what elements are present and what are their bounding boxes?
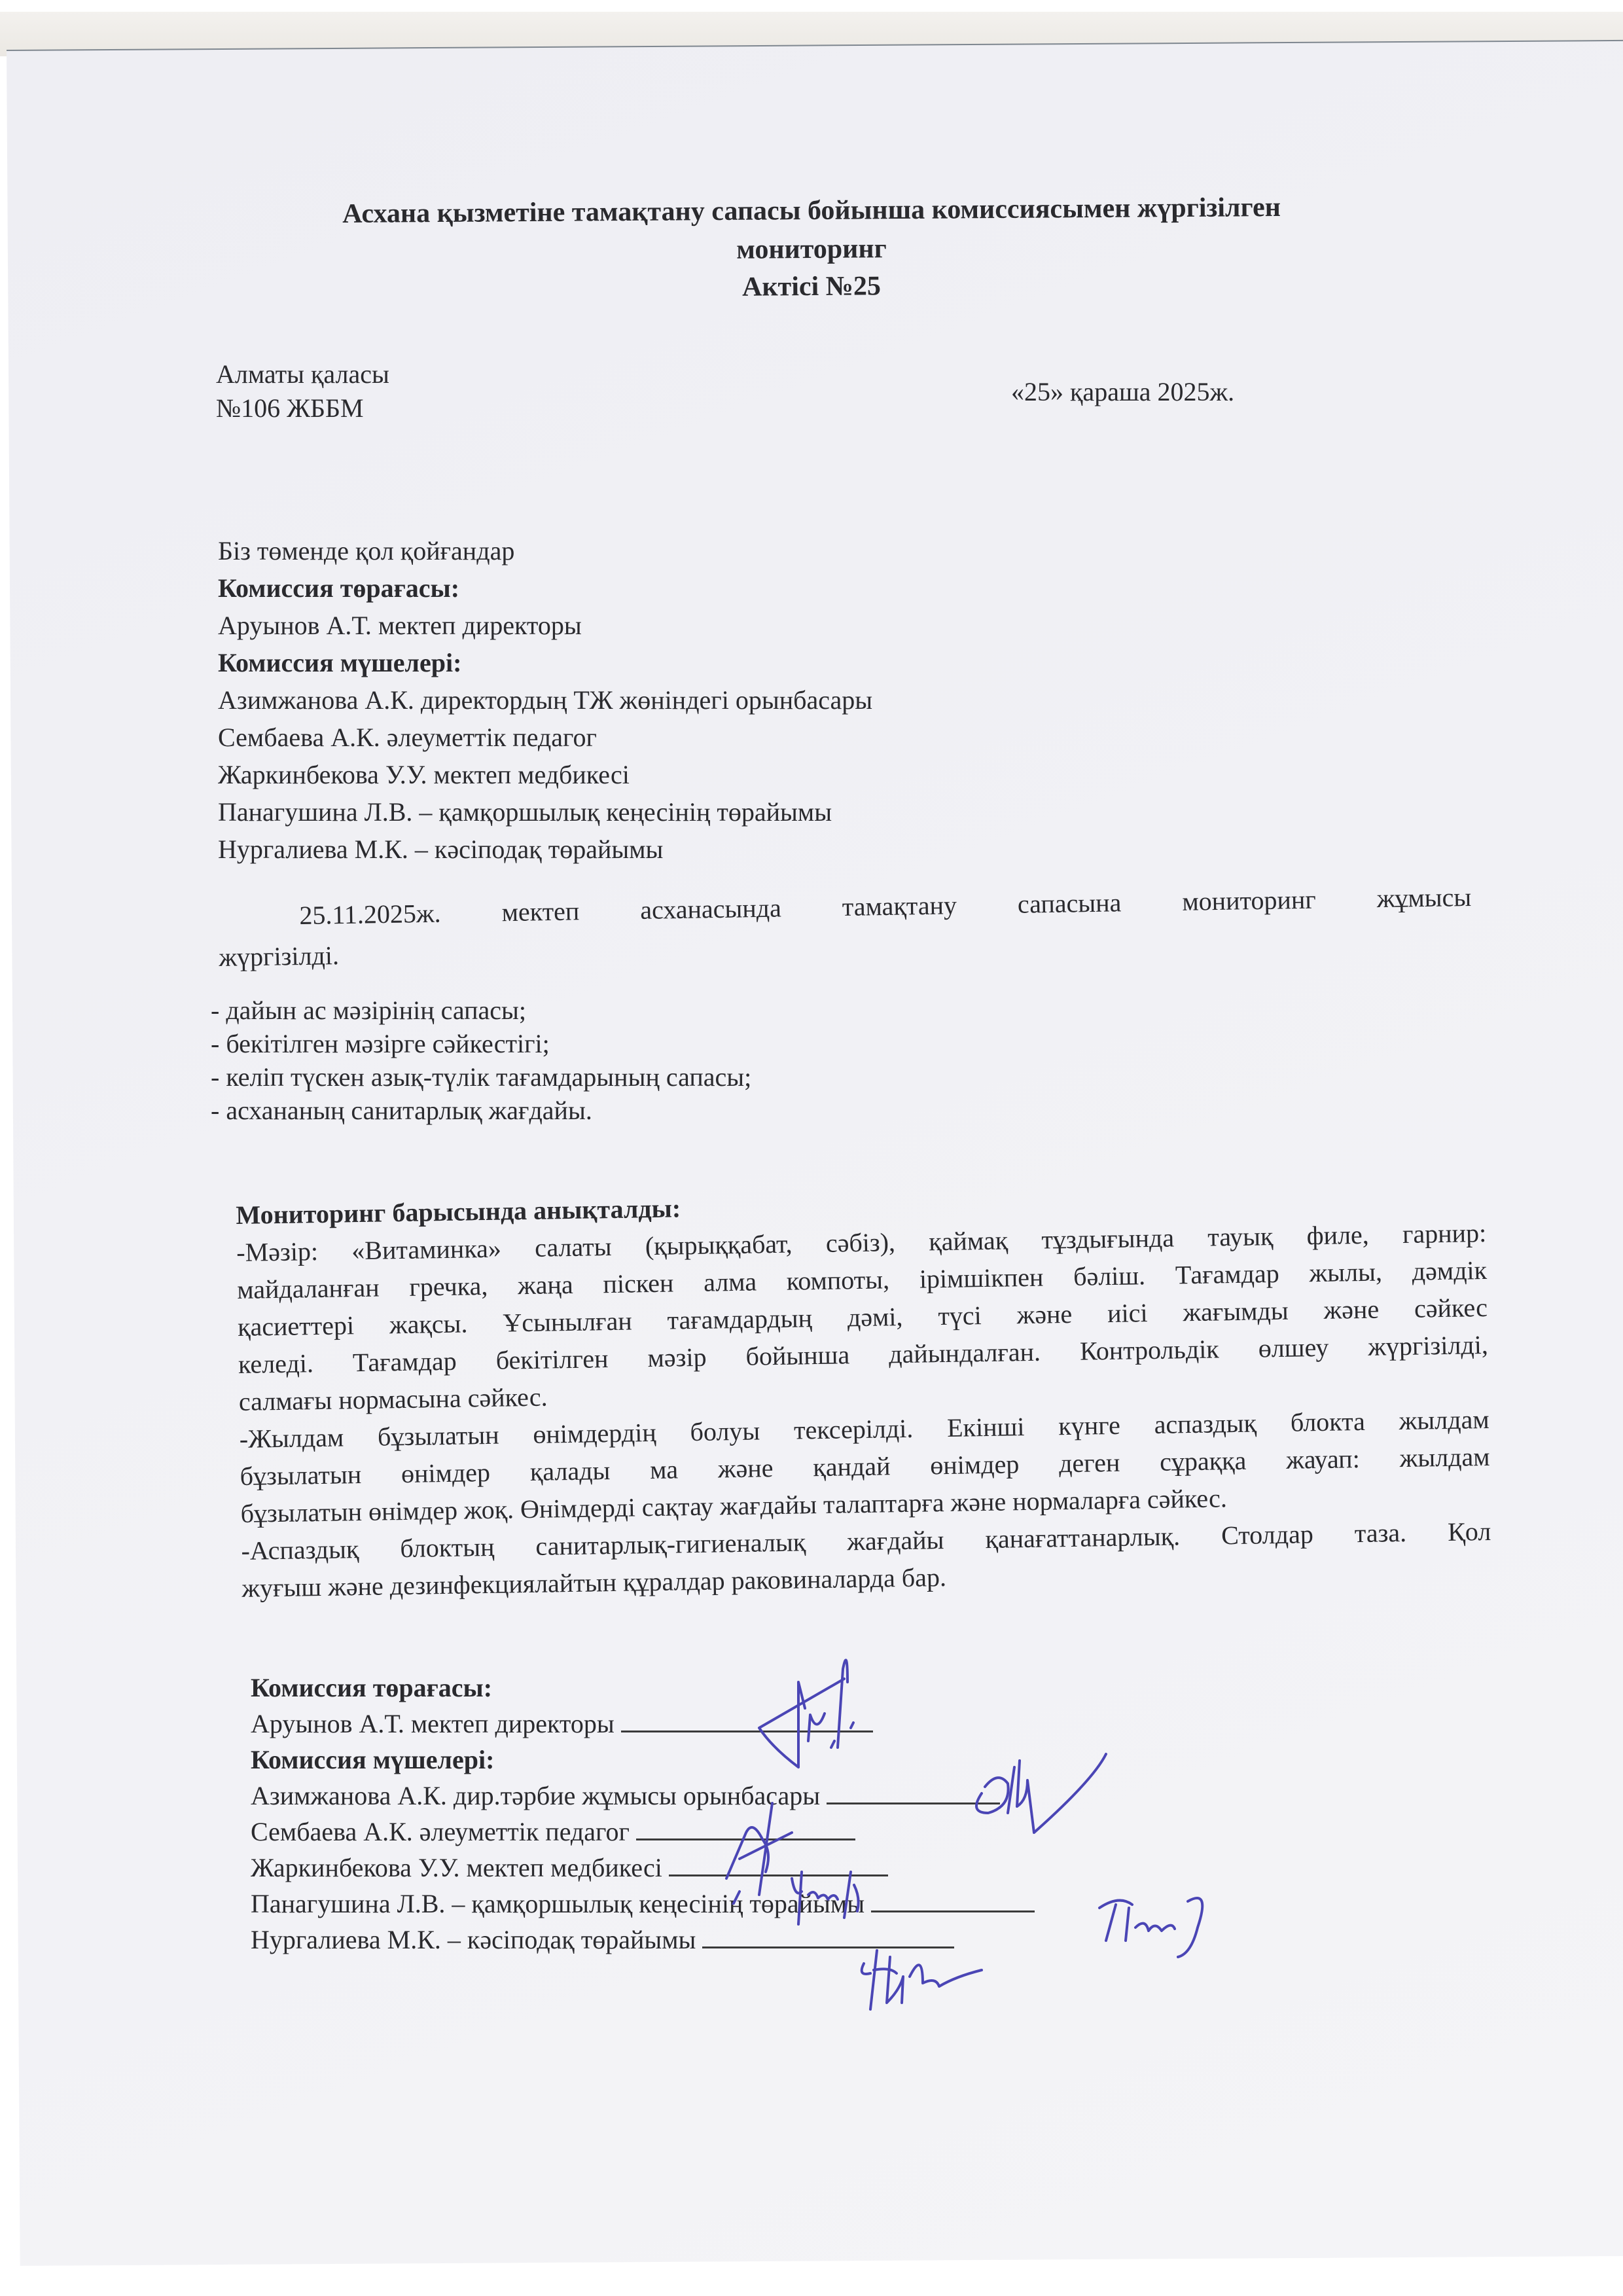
signature-block: Комиссия төрағасы: Аруынов А.Т. мектеп д… <box>251 1672 1035 1960</box>
signature-line <box>827 1802 1000 1804</box>
sig-member-row: Нургалиева М.К. – кәсіподақ төрайымы <box>251 1924 1035 1960</box>
checklist-item: - дайын ас мәзірінің сапасы; <box>211 995 751 1028</box>
commission-list: Біз төменде қол қойғандар Комиссия төрағ… <box>218 535 872 871</box>
sig-member-row: Жаркинбекова У.У. мектеп медбикесі <box>251 1852 1035 1888</box>
chair-heading: Комиссия төрағасы: <box>218 573 872 610</box>
members-heading: Комиссия мүшелері: <box>218 647 872 685</box>
chair-name: Аруынов А.Т. мектеп директоры <box>218 610 872 647</box>
checklist-item: - келіп түскен азық-түлік тағамдарының с… <box>211 1062 751 1095</box>
signature-line <box>621 1730 873 1732</box>
member-line: Жаркинбекова У.У. мектеп медбикесі <box>218 759 872 797</box>
signature-line <box>669 1874 888 1876</box>
sig-member-row: Панагушина Л.В. – қамқоршылық кеңесінің … <box>251 1888 1035 1924</box>
sig-chair-heading: Комиссия төрағасы: <box>251 1672 1035 1708</box>
member-line: Нургалиева М.К. – кәсіподақ төрайымы <box>218 834 872 871</box>
findings-section: Мониторинг барысында анықталды: -Мәзір: … <box>236 1177 1492 1607</box>
sig-chair-row: Аруынов А.Т. мектеп директоры <box>251 1708 1035 1744</box>
sig-member-row: Сембаева А.К. әлеуметтік педагог <box>251 1816 1035 1852</box>
member-line: Сембаева А.К. әлеуметтік педагог <box>218 722 872 759</box>
signature-line <box>636 1838 855 1840</box>
sig-members-heading: Комиссия мүшелері: <box>251 1744 1035 1780</box>
undersigned-line: Біз төменде қол қойғандар <box>218 535 872 573</box>
signature-line <box>702 1946 954 1948</box>
member-line: Азимжанова А.К. директордың ТЖ жөніндегі… <box>218 685 872 722</box>
member-line: Панагушина Л.В. – қамқоршылық кеңесінің … <box>218 797 872 834</box>
school-label: №106 ЖББМ <box>216 393 364 424</box>
checklist-item: - бекітілген мәзірге сәйкестігі; <box>211 1028 751 1062</box>
city-label: Алматы қаласы <box>216 359 389 390</box>
act-date: «25» қараша 2025ж. <box>1011 376 1234 408</box>
checklist-item: - асхананың санитарлық жағдайы. <box>211 1095 751 1128</box>
signature-line <box>871 1910 1035 1912</box>
monitoring-checklist: - дайын ас мәзірінің сапасы; - бекітілге… <box>211 995 751 1128</box>
sig-member-row: Азимжанова А.К. дир.тәрбие жұмысы орынба… <box>251 1780 1035 1816</box>
